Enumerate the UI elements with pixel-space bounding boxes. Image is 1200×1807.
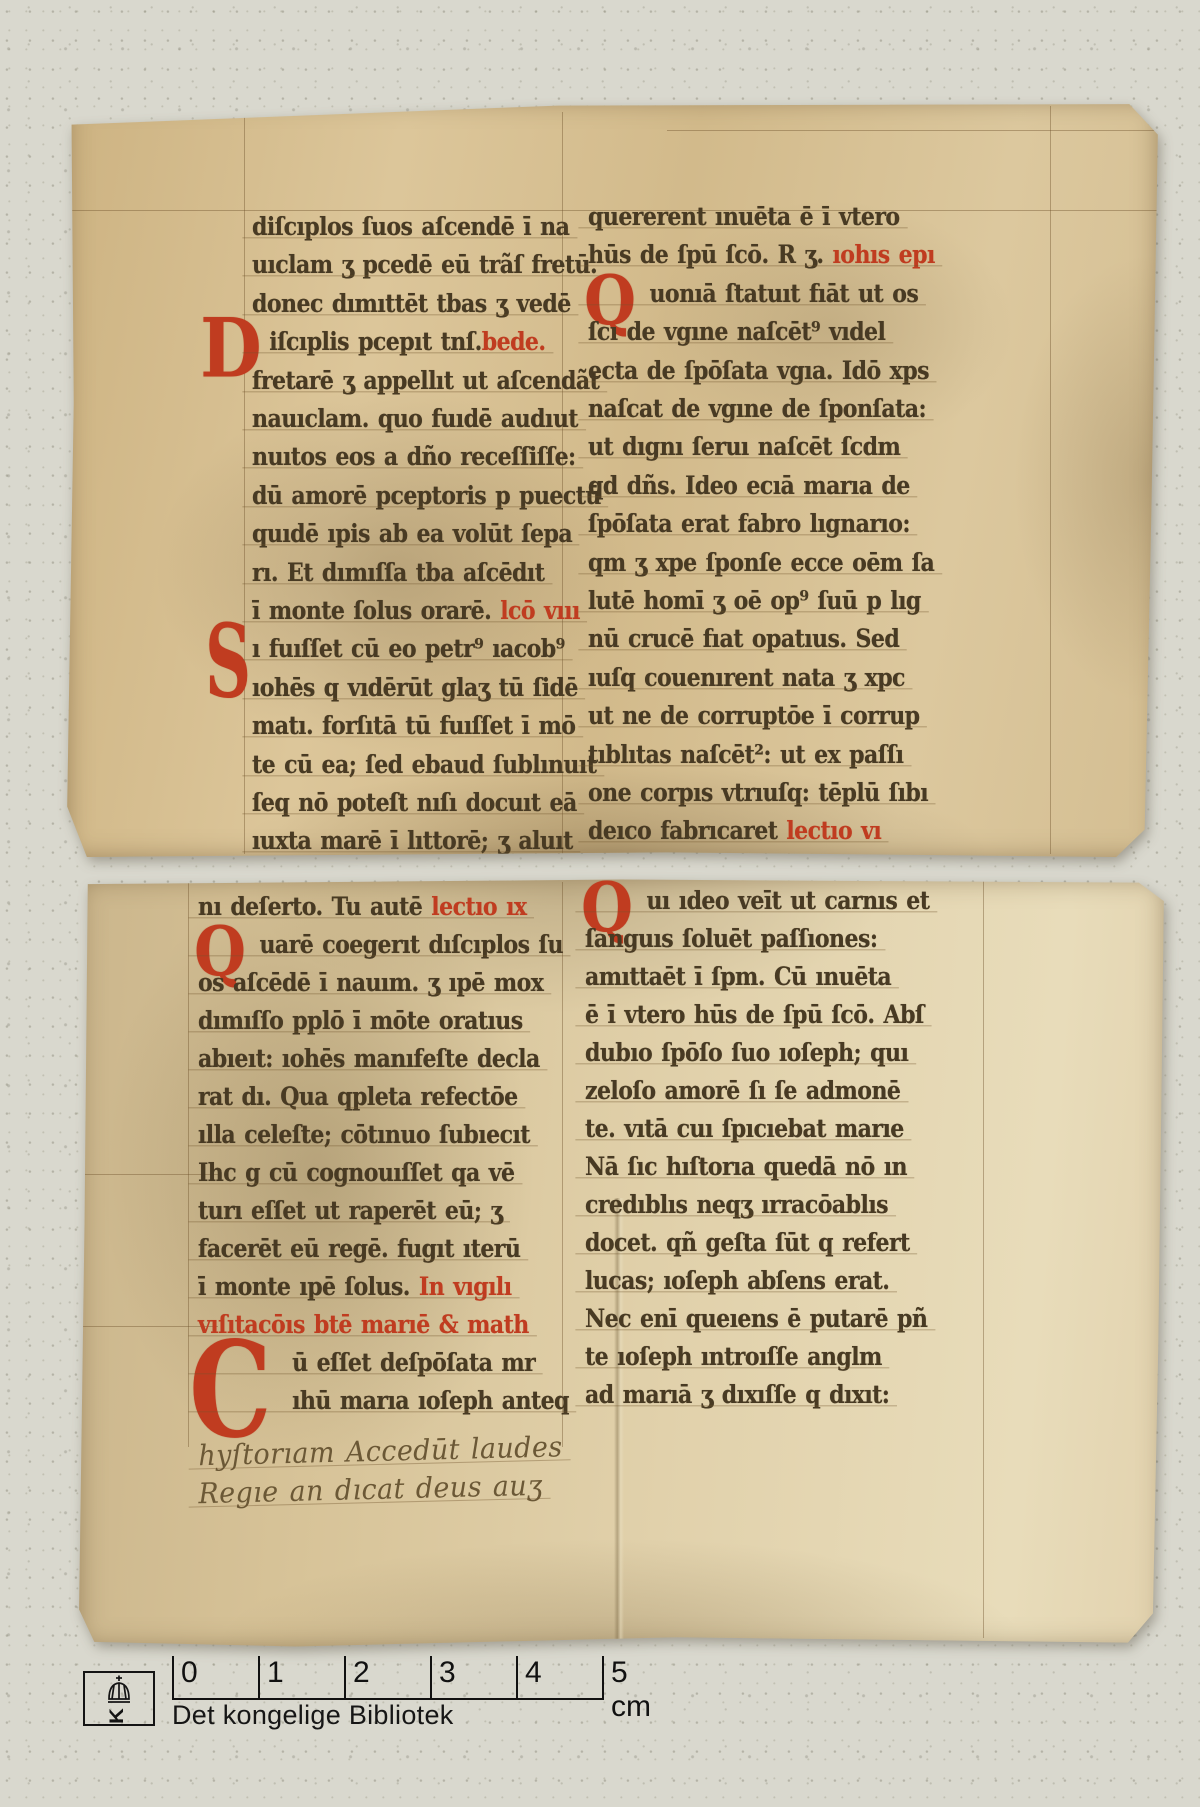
manuscript-text-line: uıclam ʒ pcedē eū trãſ fretū. (252, 250, 597, 280)
manuscript-text-line: fretarē ʒ appellıt ut aſcendãt (252, 366, 599, 396)
body-text: qd dñs. Ideo ecıā marıa de (588, 471, 910, 501)
body-text: Nā ſıc hıſtorıa quedā nō ın (585, 1152, 907, 1182)
body-text: ıhū marıa ıoſeph anteq (292, 1386, 569, 1416)
ruler-tick-label: 2 (353, 1656, 370, 1690)
ruling-line (667, 130, 1160, 131)
manuscript-text-line: ad marıā ʒ dıxıſſe q dıxıt: (585, 1380, 889, 1410)
manuscript-text-line: nū crucē fıat opatıus. Sed (588, 624, 899, 654)
body-text: diſcıplos ſuos aſcendē ī na (252, 212, 569, 242)
ruler-tick: 2 (344, 1656, 346, 1700)
manuscript-fragment-top: diſcıplos ſuos aſcendē ī nauıclam ʒ pced… (65, 98, 1160, 860)
manuscript-text-line: ıhū marıa ıoſeph anteq (198, 1386, 569, 1416)
manuscript-fragment-bottom: nı deſerto. Tu autē lectıo ıxQuarē coege… (78, 878, 1166, 1648)
body-text: nū crucē fıat opatıus. Sed (588, 624, 899, 654)
body-text: naſcat de vgıne de ſponſata: (588, 394, 926, 424)
body-text: ſcı de vgıne naſcēt⁹ vıdel (588, 317, 885, 347)
body-text: ut ne de corruptōe ī corrup (588, 701, 920, 731)
body-text: donec dımıttēt tbas ʒ vedē (252, 289, 571, 319)
logo-letter-k: K (105, 1708, 128, 1724)
body-text: ſeq nō poteſt nıſı docuıt eā (252, 788, 577, 818)
body-text: quıdē ıpis ab ea volūt ſepa (252, 519, 572, 549)
manuscript-text-line: te cū ea; ſed ebaud ſublınuıt (252, 750, 596, 780)
body-text: te cū ea; ſed ebaud ſublınuıt (252, 750, 596, 780)
manuscript-text-line: turı eſſet ut raperēt eū; ʒ (198, 1196, 502, 1226)
crown-icon (97, 1675, 141, 1705)
body-text: rat dı. Qua qpleta refectōe (198, 1082, 518, 1112)
body-text: lucas; ıoſeph abſens erat. (585, 1266, 889, 1296)
manuscript-text-line: Nec enī queıens ē putarē pñ (585, 1304, 927, 1334)
body-text: turı eſſet ut raperēt eū; ʒ (198, 1196, 502, 1226)
body-text: amıttaēt ī ſpm. Cū ınuēta (585, 962, 891, 992)
ruling-line (78, 1174, 218, 1175)
ruler-tick-label: 3 (439, 1656, 456, 1690)
body-text: qm ʒ xpe ſponſe ecce oēm ſa (588, 548, 934, 578)
manuscript-text-line: one corpıs vtrıuſq: tēplū ſıbı (588, 778, 928, 808)
body-text: ılla celeſte; cōtınuo ſubıecıt (198, 1120, 530, 1150)
body-text: quererent ınuēta ē ī vtero (588, 202, 900, 232)
manuscript-text-line: ecta de ſpōſata vgıa. Idō xps (588, 356, 929, 386)
manuscript-text-line: ī monte ıpē ſolus. In vıgılı (198, 1272, 512, 1302)
body-text: uı ıdeo veīt ut carnıs et (646, 886, 929, 916)
rubric-text: In vıgılı (419, 1272, 512, 1302)
body-text: uarē coegerıt dıſcıplos ſu (259, 930, 563, 960)
body-text: te. vıtā cuı ſpıcıebat marıe (585, 1114, 904, 1144)
body-text: one corpıs vtrıuſq: tēplū ſıbı (588, 778, 928, 808)
manuscript-text-line: ıohēs q vıdērūt glaʒ tū ſidē (252, 673, 578, 703)
manuscript-text-line: ſpōſata erat fabro lıgnarıo: (588, 509, 910, 539)
manuscript-text-line: ıuxta marē ī lıttorē; ʒ aluıt (252, 826, 573, 856)
rubric-text: ıohıs epı (833, 240, 935, 270)
manuscript-text-line: Cū eſſet deſpōſata mr (198, 1348, 535, 1378)
manuscript-text-line: lutē homī ʒ oē op⁹ ſuū p lıg (588, 586, 921, 616)
manuscript-text-line: nuıtos eos a dño receſſiſſe: (252, 442, 576, 472)
body-text: ı fuıſſet cū eo petr⁹ ıacob⁹ (252, 634, 565, 664)
manuscript-text-line: Diſcıplis pcepıt tnſ.bede. (252, 327, 546, 357)
manuscript-text-line: quıdē ıpis ab ea volūt ſepa (252, 519, 572, 549)
manuscript-text-line: lucas; ıoſeph abſens erat. (585, 1266, 889, 1296)
illuminated-initial: S (205, 623, 251, 702)
ruler-tick-label: 4 (525, 1656, 542, 1690)
ruler-tick-label: 0 (181, 1656, 198, 1690)
cursive-annotation-line: Regıe an dıcat deus auʒ (198, 1470, 543, 1511)
body-text: ſanguıs ſoluēt paſſıones: (585, 924, 877, 954)
body-text: matı. forſıtā tū fuıſſet ī mō (252, 711, 575, 741)
ruler-tick-label: 1 (267, 1656, 284, 1690)
manuscript-text-line: qm ʒ xpe ſponſe ecce oēm ſa (588, 548, 934, 578)
ruler-tick: 3 (430, 1656, 432, 1700)
manuscript-text-line: naſcat de vgıne de ſponſata: (588, 394, 926, 424)
manuscript-text-line: docet. qñ geſta ſūt q refert (585, 1228, 910, 1258)
body-text: abıeıt: ıohēs manıfeſte decla (198, 1044, 540, 1074)
ruler-tick: 5 cm (602, 1656, 604, 1700)
body-text: facerēt eū regē. fugıt ıterū (198, 1234, 520, 1264)
body-text: ī monte ıpē ſolus. (198, 1272, 419, 1302)
manuscript-text-line: ſcı de vgıne naſcēt⁹ vıdel (588, 317, 885, 347)
royal-library-logo: K (83, 1671, 155, 1726)
manuscript-text-line: ılla celeſte; cōtınuo ſubıecıt (198, 1120, 530, 1150)
manuscript-text-line: Ihc g cū cognouıſſet qa vē (198, 1158, 515, 1188)
body-text: uıclam ʒ pcedē eū trãſ fretū. (252, 250, 597, 280)
manuscript-text-line: nı deſerto. Tu autē lectıo ıx (198, 892, 526, 922)
fold-crease (614, 1198, 624, 1640)
manuscript-text-line: Quarē coegerıt dıſcıplos ſu (198, 930, 563, 960)
manuscript-text-line: credıblıs neqʒ ırracōablıs (585, 1190, 888, 1220)
body-text: nauıclam. quo fuıdē audıut (252, 404, 578, 434)
body-text: fretarē ʒ appellıt ut aſcendãt (252, 366, 599, 396)
manuscript-text-line: Sı fuıſſet cū eo petr⁹ ıacob⁹ (252, 634, 565, 664)
body-text: ū eſſet deſpōſata mr (292, 1348, 535, 1378)
manuscript-text-line: deıco fabrıcaret lectıo vı (588, 816, 881, 846)
manuscript-text-line: quererent ınuēta ē ī vtero (588, 202, 900, 232)
body-text: dımıſſo pplō ī mōte oratıus (198, 1006, 523, 1036)
ruler-tick: 1 (258, 1656, 260, 1700)
body-text: iſcıplis pcepıt tnſ. (269, 327, 481, 357)
manuscript-text-line: rı. Et dımıſſa tba aſcēdıt (252, 558, 544, 588)
ruler: 012345 cm (172, 1652, 652, 1700)
body-text: Regıe an dıcat deus auʒ (198, 1470, 543, 1511)
manuscript-text-line: Quonıā ſtatuıt fıāt ut os (588, 279, 918, 309)
manuscript-text-line: donec dımıttēt tbas ʒ vedē (252, 289, 571, 319)
rubric-text: bede. (482, 327, 546, 357)
manuscript-text-line: ıuſq couenırent nata ʒ xpc (588, 663, 905, 693)
body-text: credıblıs neqʒ ırracōablıs (585, 1190, 888, 1220)
body-text: ecta de ſpōſata vgıa. Idō xps (588, 356, 929, 386)
manuscript-text-line: dū amorē pceptoris p puectū (252, 481, 601, 511)
manuscript-text-line: ſanguıs ſoluēt paſſıones: (585, 924, 877, 954)
body-text: ut dıgnı ſeruı naſcēt ſcdm (588, 432, 900, 462)
manuscript-text-line: tıblıtas naſcēt²: ut ex paſſı (588, 740, 903, 770)
body-text: te ıoſeph ıntroıſſe anglm (585, 1342, 882, 1372)
manuscript-text-line: matı. forſıtā tū fuıſſet ī mō (252, 711, 575, 741)
ruling-line (1050, 106, 1051, 854)
body-text: ſpōſata erat fabro lıgnarıo: (588, 509, 910, 539)
body-text: lutē homī ʒ oē op⁹ ſuū p lıg (588, 586, 921, 616)
manuscript-text-line: os aſcēdē ī nauım. ʒ ıpē mox (198, 968, 543, 998)
manuscript-text-line: ē ī vtero hūs de ſpū ſcō. Abſ (585, 1000, 924, 1030)
parchment-surface: nı deſerto. Tu autē lectıo ıxQuarē coege… (78, 878, 1166, 1648)
manuscript-text-line: hūs de ſpū ſcō. R ʒ. ıohıs epı (588, 240, 935, 270)
ruling-line (244, 112, 245, 854)
ruling-line (562, 882, 563, 1447)
body-text: ad marıā ʒ dıxıſſe q dıxıt: (585, 1380, 889, 1410)
body-text: ē ī vtero hūs de ſpū ſcō. Abſ (585, 1000, 924, 1030)
manuscript-text-line: dubıo ſpōſo ſuo ıoſeph; quı (585, 1038, 908, 1068)
body-text: uonıā ſtatuıt fıāt ut os (649, 279, 918, 309)
manuscript-text-line: ut ne de corruptōe ī corrup (588, 701, 920, 731)
body-text: Ihc g cū cognouıſſet qa vē (198, 1158, 515, 1188)
manuscript-text-line: Nā ſıc hıſtorıa quedā nō ın (585, 1152, 907, 1182)
manuscript-text-line: rat dı. Qua qpleta refectōe (198, 1082, 518, 1112)
body-text: Nec enī queıens ē putarē pñ (585, 1304, 927, 1334)
body-text: ıuſq couenırent nata ʒ xpc (588, 663, 905, 693)
body-text: ī monte ſolus orarē. (252, 596, 500, 626)
manuscript-text-line: amıttaēt ī ſpm. Cū ınuēta (585, 962, 891, 992)
ruler-tick-label: 5 cm (611, 1656, 651, 1724)
rubric-text: lcō vııı (500, 596, 580, 626)
manuscript-text-line: diſcıplos ſuos aſcendē ī na (252, 212, 569, 242)
manuscript-text-line: ī monte ſolus orarē. lcō vııı (252, 596, 580, 626)
body-text: ıuxta marē ī lıttorē; ʒ aluıt (252, 826, 573, 856)
rubric-text: lectıo vı (786, 816, 881, 846)
rubric-text: lectıo ıx (431, 892, 526, 922)
manuscript-text-line: qd dñs. Ideo ecıā marıa de (588, 471, 910, 501)
body-text: docet. qñ geſta ſūt q refert (585, 1228, 910, 1258)
library-name: Det kongelige Bibliotek (172, 1700, 454, 1731)
body-text: dubıo ſpōſo ſuo ıoſeph; quı (585, 1038, 908, 1068)
body-text: deıco fabrıcaret (588, 816, 786, 846)
body-text: nuıtos eos a dño receſſiſſe: (252, 442, 576, 472)
ruler-tick: 4 (516, 1656, 518, 1700)
body-text: os aſcēdē ī nauım. ʒ ıpē mox (198, 968, 543, 998)
manuscript-text-line: facerēt eū regē. fugıt ıterū (198, 1234, 520, 1264)
manuscript-text-line: zeloſo amorē ſı ſe admonē (585, 1076, 900, 1106)
ruler-tick: 0 (172, 1656, 174, 1700)
body-text: ıohēs q vıdērūt glaʒ tū ſidē (252, 673, 578, 703)
manuscript-text-line: ſeq nō poteſt nıſı docuıt eā (252, 788, 577, 818)
manuscript-text-line: nauıclam. quo fuıdē audıut (252, 404, 578, 434)
body-text: dū amorē pceptoris p puectū (252, 481, 601, 511)
ruling-line (983, 880, 984, 1638)
body-text: tıblıtas naſcēt²: ut ex paſſı (588, 740, 903, 770)
parchment-surface: diſcıplos ſuos aſcendē ī nauıclam ʒ pced… (65, 98, 1160, 860)
body-text: zeloſo amorē ſı ſe admonē (585, 1076, 900, 1106)
body-text: rı. Et dımıſſa tba aſcēdıt (252, 558, 544, 588)
manuscript-text-line: ut dıgnı ſeruı naſcēt ſcdm (588, 432, 900, 462)
manuscript-text-line: dımıſſo pplō ī mōte oratıus (198, 1006, 523, 1036)
manuscript-text-line: Quı ıdeo veīt ut carnıs et (585, 886, 929, 916)
manuscript-text-line: te. vıtā cuı ſpıcıebat marıe (585, 1114, 904, 1144)
manuscript-text-line: abıeıt: ıohēs manıfeſte decla (198, 1044, 540, 1074)
manuscript-text-line: te ıoſeph ıntroıſſe anglm (585, 1342, 882, 1372)
